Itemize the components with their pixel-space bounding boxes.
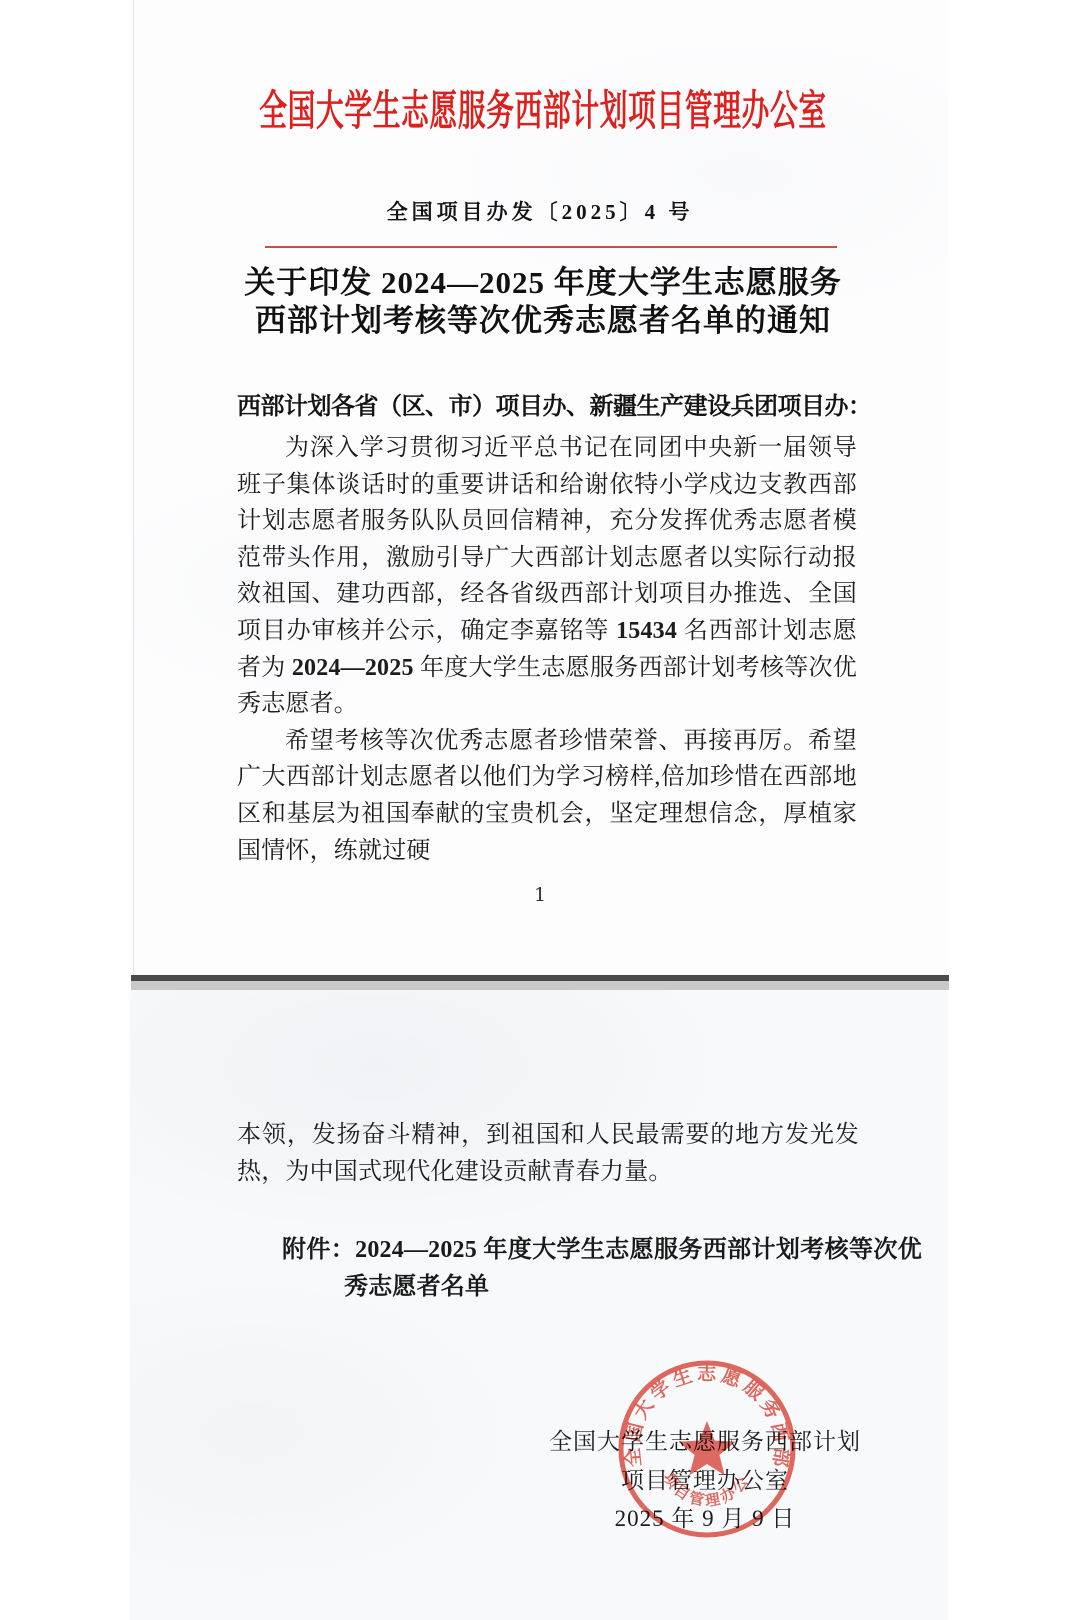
notice-title-line-2: 西部计划考核等次优秀志愿者名单的通知 [3, 302, 1080, 340]
attachment-label: 附件： [282, 1237, 355, 1263]
paragraph-1-text: 为深入学习贯彻习近平总书记在同团中央新一届领导班子集体谈话时的重要讲话和给谢依特… [237, 435, 857, 644]
paragraph-2: 希望考核等次优秀志愿者珍惜荣誉、再接再厉。希望广大西部计划志愿者以他们为学习榜样… [237, 723, 857, 869]
page-number: 1 [0, 884, 1080, 906]
attachment-text: 2024—2025 年度大学生志愿服务西部计划考核等次优秀志愿者名单 [344, 1237, 922, 1300]
red-separator-line [265, 246, 837, 248]
page-divider-shadow [131, 981, 949, 990]
letterhead-title: 全国大学生志愿服务西部计划项目管理办公室 [187, 78, 900, 138]
official-stamp: 全国大学生志愿服务西部计划 项目管理办公室 [612, 1354, 802, 1544]
salutation: 西部计划各省（区、市）项目办、新疆生产建设兵团项目办： [237, 386, 877, 421]
year-range: 2024—2025 [292, 655, 414, 681]
body-text: 为深入学习贯彻习近平总书记在同团中央新一届领导班子集体谈话时的重要讲话和给谢依特… [237, 430, 857, 869]
attachment-block: 附件：2024—2025 年度大学生志愿服务西部计划考核等次优秀志愿者名单 [282, 1232, 922, 1306]
volunteer-count: 15434 [616, 618, 677, 644]
scanned-document: { "colors": { "letterhead_red": "#dd201d… [0, 0, 1080, 1620]
doc-number: 全国项目办发〔2025〕4 号 [0, 196, 1080, 226]
paragraph-1: 为深入学习贯彻习近平总书记在同团中央新一届领导班子集体谈话时的重要讲话和给谢依特… [237, 430, 857, 723]
paragraph-continued: 本领，发扬奋斗精神，到祖国和人民最需要的地方发光发热，为中国式现代化建设贡献青春… [237, 1117, 859, 1190]
stamp-star-icon [679, 1421, 736, 1475]
notice-title-line-1: 关于印发 2024—2025 年度大学生志愿服务 [3, 264, 1080, 302]
notice-title: 关于印发 2024—2025 年度大学生志愿服务 西部计划考核等次优秀志愿者名单… [3, 264, 1080, 340]
